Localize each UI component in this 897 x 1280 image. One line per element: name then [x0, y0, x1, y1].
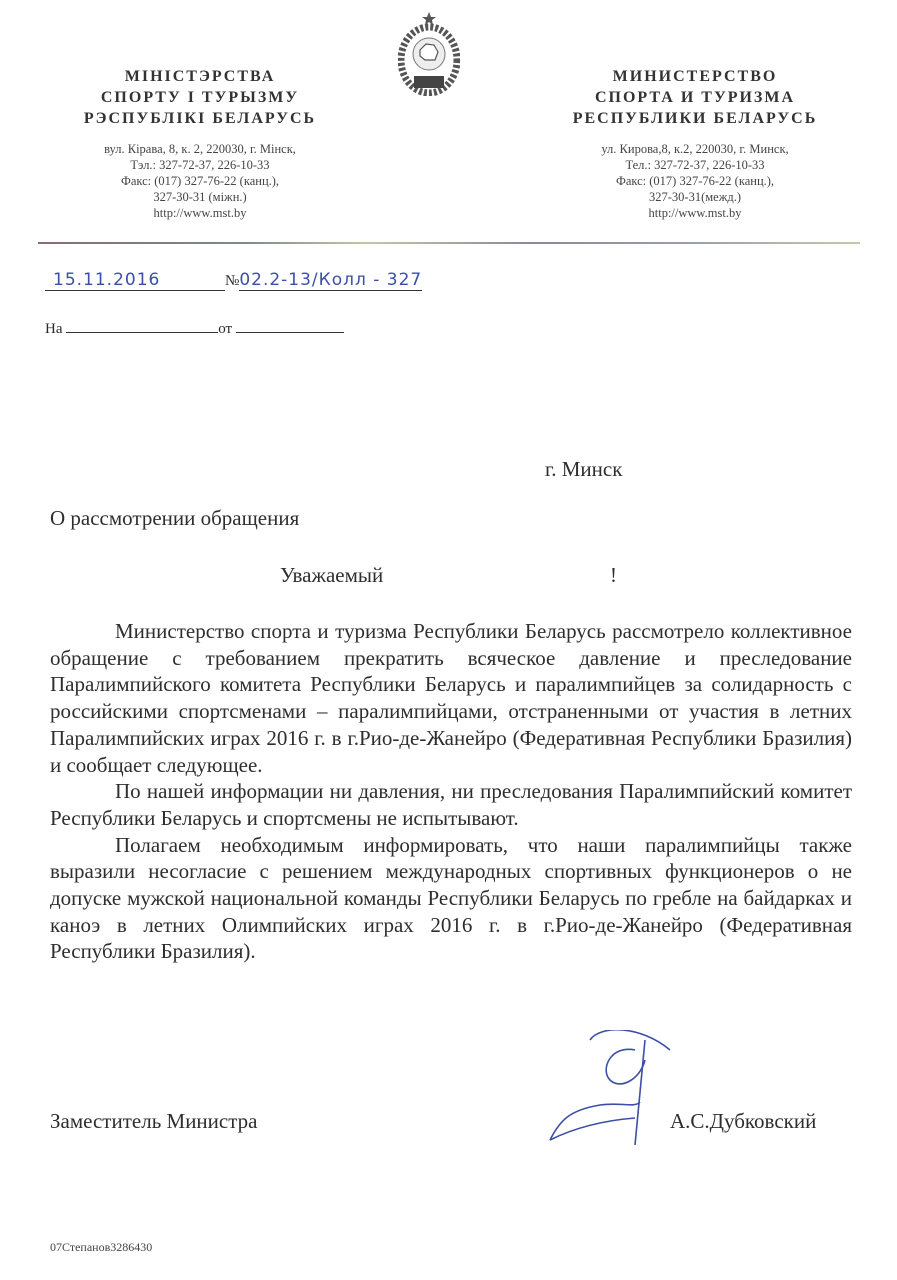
letter-body: Министерство спорта и туризма Республики…	[50, 618, 852, 965]
reference-date-field	[236, 318, 344, 333]
reference-line: На от	[45, 318, 344, 338]
ministry-title-be-2: СПОРТУ І ТУРЫЗМУ	[40, 87, 360, 108]
state-emblem-icon	[398, 10, 460, 96]
ministry-title-be-1: МІНІСТЭРСТВА	[40, 66, 360, 87]
phone-line: Тэл.: 327-72-37, 226-10-33	[40, 157, 360, 173]
executor-code: 07Степанов3286430	[50, 1240, 152, 1255]
letterhead-right: МИНИСТЕРСТВО СПОРТА И ТУРИЗМА РЕСПУБЛИКИ…	[535, 66, 855, 221]
address-block-be: вул. Кірава, 8, к. 2, 220030, г. Мінск, …	[40, 141, 360, 221]
city: г. Минск	[545, 456, 622, 483]
fax-line-2: 327-30-31(межд.)	[535, 189, 855, 205]
salutation-end: !	[610, 562, 617, 589]
address-line: ул. Кирова,8, к.2, 220030, г. Минск,	[535, 141, 855, 157]
ministry-title-be-3: РЭСПУБЛІКІ БЕЛАРУСЬ	[40, 108, 360, 129]
ministry-title-ru-2: СПОРТА И ТУРИЗМА	[535, 87, 855, 108]
letterhead-divider	[38, 242, 860, 244]
fax-line-2: 327-30-31 (міжн.)	[40, 189, 360, 205]
website-link[interactable]: http://www.mst.by	[535, 205, 855, 221]
address-line: вул. Кірава, 8, к. 2, 220030, г. Мінск,	[40, 141, 360, 157]
salutation-text: Уважаемый	[280, 563, 383, 587]
salutation: Уважаемый !	[280, 562, 620, 589]
fax-line: Факс: (017) 327-76-22 (канц.),	[40, 173, 360, 189]
address-block-ru: ул. Кирова,8, к.2, 220030, г. Минск, Тел…	[535, 141, 855, 221]
signatory-position: Заместитель Министра	[50, 1108, 257, 1135]
ministry-title-ru-1: МИНИСТЕРСТВО	[535, 66, 855, 87]
paragraph-1: Министерство спорта и туризма Республики…	[50, 618, 852, 778]
ot-label: от	[218, 321, 232, 337]
outgoing-date: 15.11.2016	[45, 270, 225, 291]
outgoing-number: 02.2-13/Колл - 327	[239, 270, 422, 291]
handwritten-signature-icon	[540, 1030, 680, 1150]
signatory-name: А.С.Дубковский	[670, 1108, 816, 1135]
paragraph-2: По нашей информации ни давления, ни прес…	[50, 778, 852, 831]
paragraph-3: Полагаем необходимым информировать, что …	[50, 832, 852, 966]
reference-number-field	[66, 318, 218, 333]
subject: О рассмотрении обращения	[50, 505, 299, 532]
ministry-title-ru-3: РЕСПУБЛИКИ БЕЛАРУСЬ	[535, 108, 855, 129]
na-label: На	[45, 321, 63, 337]
fax-line: Факс: (017) 327-76-22 (канц.),	[535, 173, 855, 189]
number-sign: №	[225, 273, 239, 289]
registration-line: 15.11.2016№02.2-13/Колл - 327	[45, 270, 505, 300]
letterhead-left: МІНІСТЭРСТВА СПОРТУ І ТУРЫЗМУ РЭСПУБЛІКІ…	[40, 66, 360, 221]
website-link[interactable]: http://www.mst.by	[40, 205, 360, 221]
phone-line: Тел.: 327-72-37, 226-10-33	[535, 157, 855, 173]
